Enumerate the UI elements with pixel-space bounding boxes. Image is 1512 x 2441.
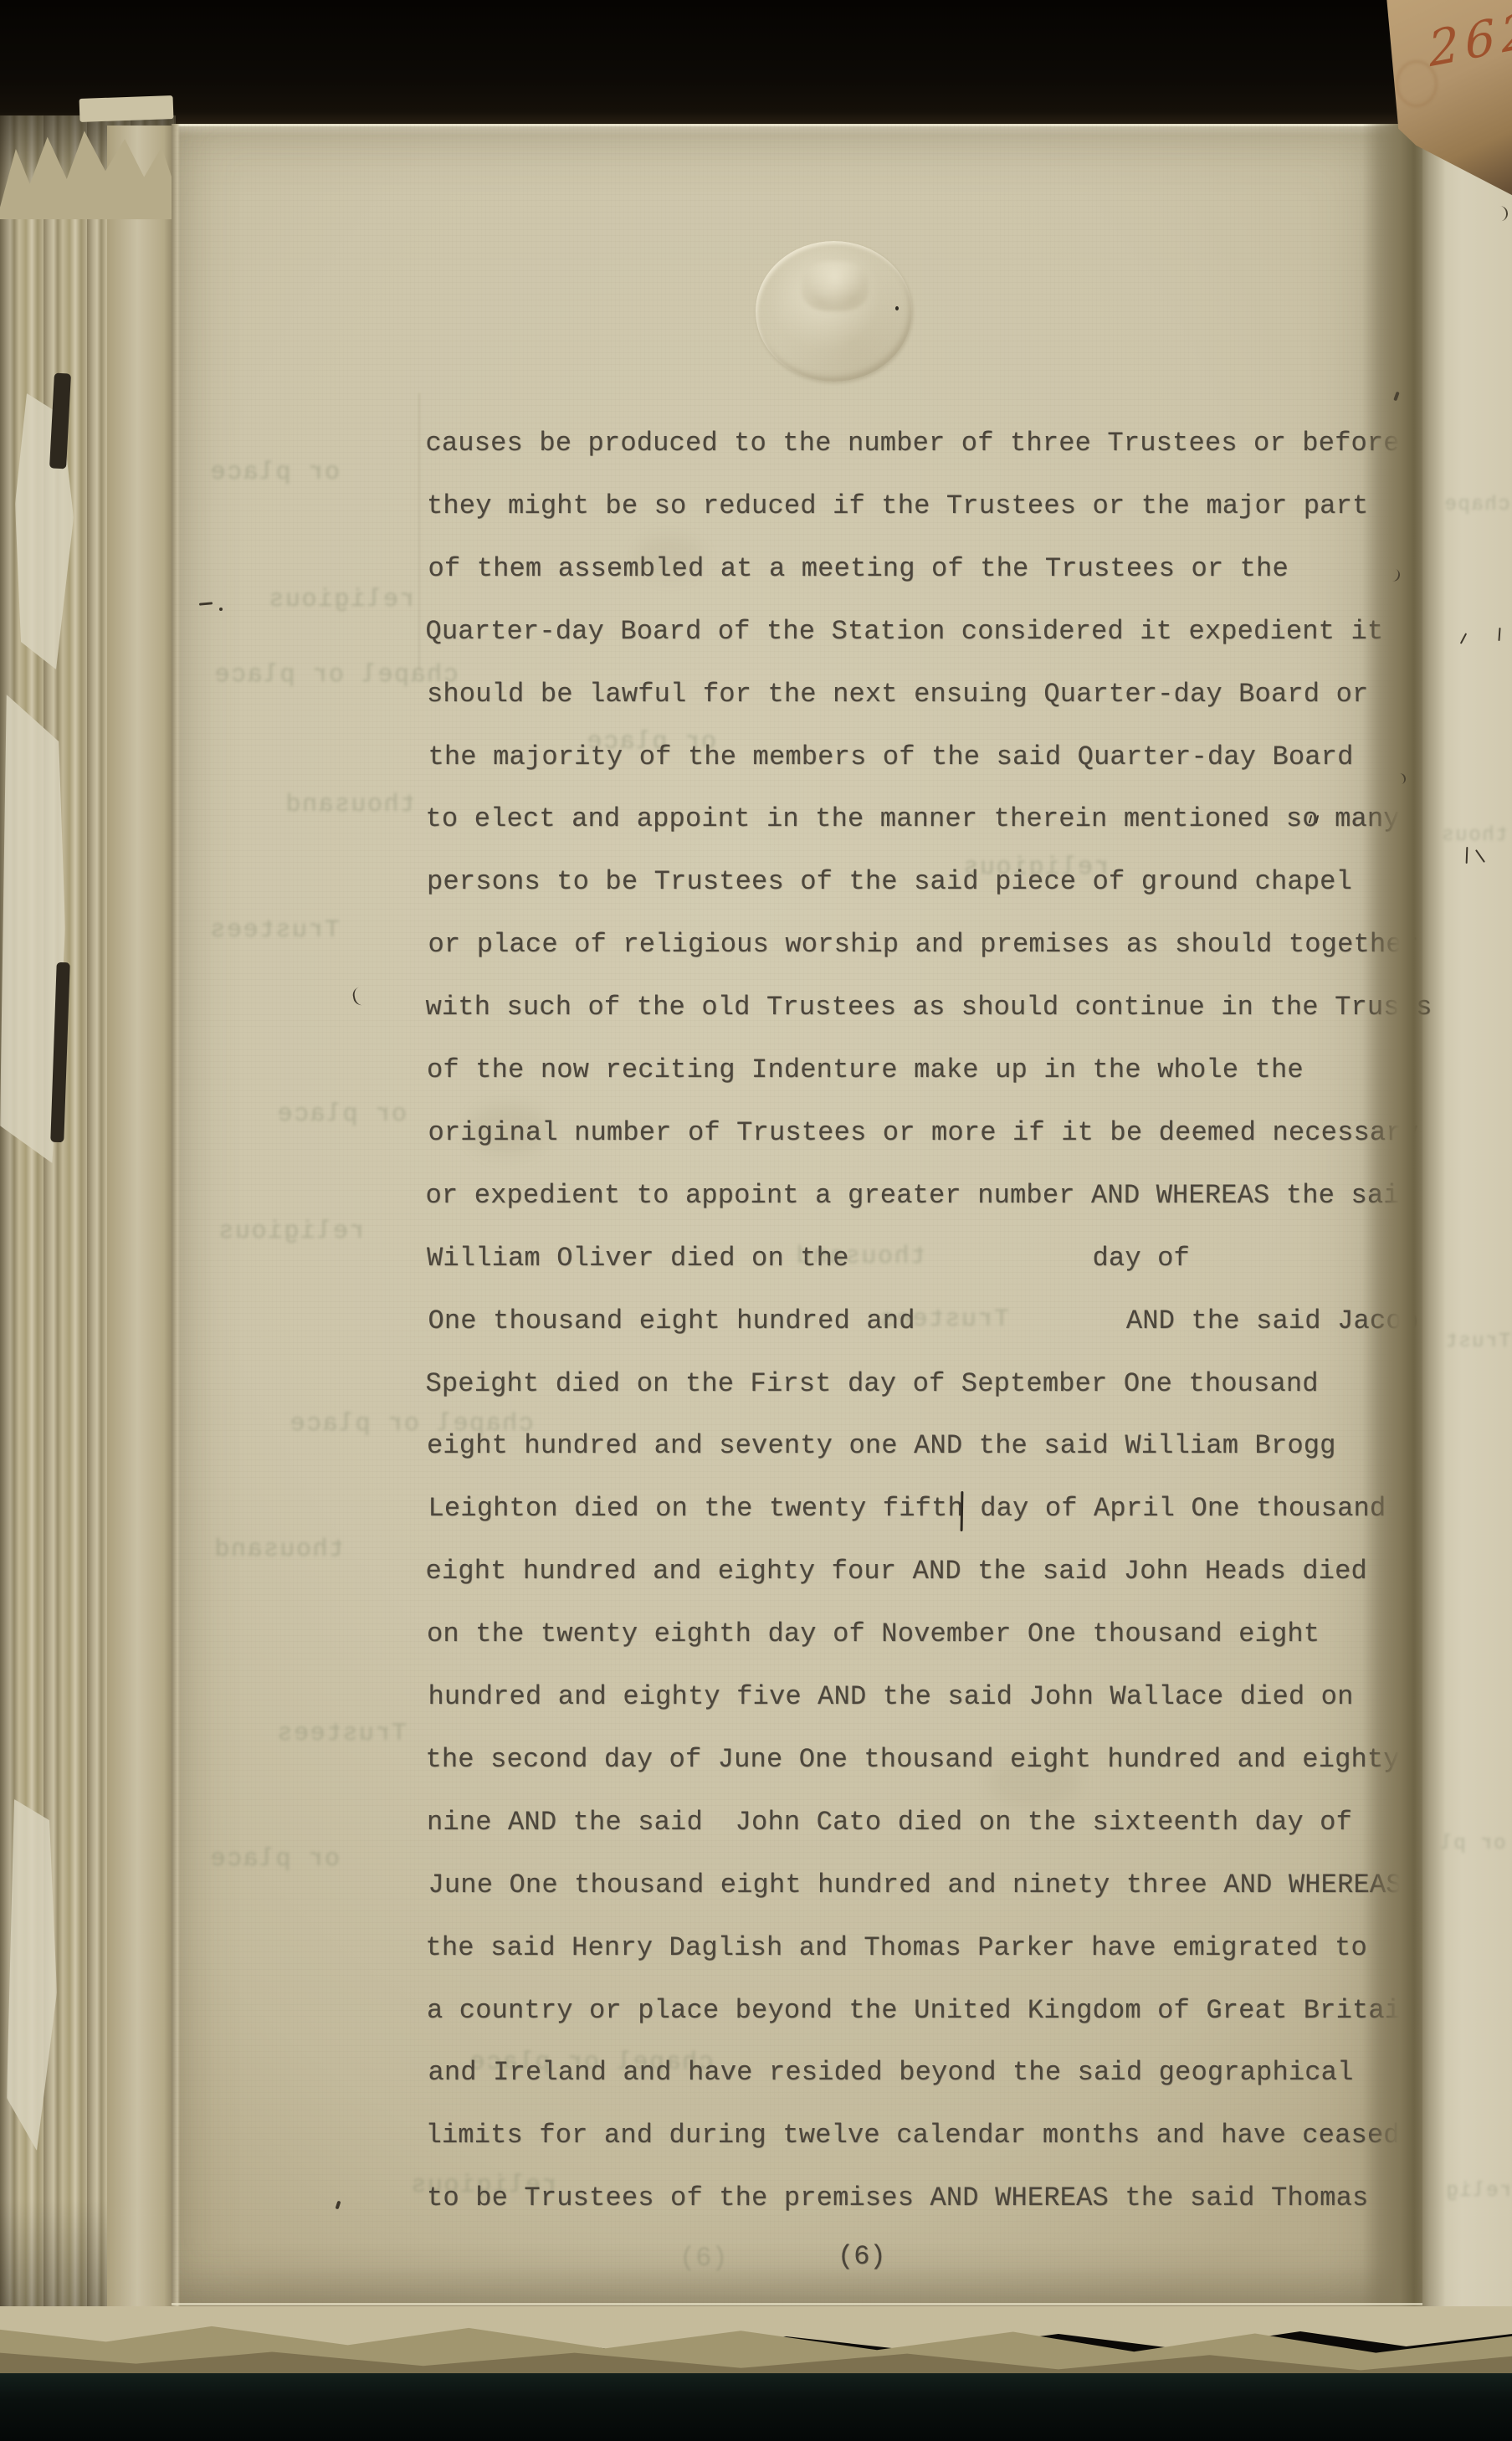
document-line: June One thousand eight hundred and nine…	[428, 1869, 1402, 1903]
document-line: Speight died on the First day of Septemb…	[426, 1368, 1319, 1402]
document-line: hundred and eighty five AND the said Joh…	[428, 1681, 1354, 1715]
seal-crown-motif	[802, 261, 869, 311]
document-line: the said Henry Daglish and Thomas Parker…	[426, 1932, 1367, 1966]
document-line: they might be so reduced if the Trustees…	[427, 490, 1368, 524]
document-line: a country or place beyond the United Kin…	[427, 1995, 1417, 2028]
bleed-through-fragment: relig	[1445, 2180, 1512, 2203]
background-bottom	[0, 2373, 1512, 2441]
document-line: or expedient to appoint a greater number…	[426, 1180, 1417, 1213]
bleed-through-fragment: chapel or place	[213, 661, 459, 690]
document-line: eight hundred and eighty four AND the sa…	[426, 1556, 1367, 1589]
document-line: to be Trustees of the premises AND WHERE…	[427, 2182, 1368, 2216]
next-page-edge	[1421, 134, 1512, 2315]
background-top	[0, 0, 1512, 127]
document-line: of the now reciting Indenture make up in…	[427, 1054, 1304, 1088]
document-line: should be lawful for the next ensuing Qu…	[427, 679, 1368, 712]
paper-crease	[418, 393, 420, 669]
book-page-edges-inner	[107, 126, 174, 2335]
document-line: on the twenty eighth day of November One…	[427, 1618, 1320, 1652]
bleed-through-fragment: thousand	[284, 791, 415, 819]
document-line: causes be produced to the number of thre…	[426, 428, 1400, 461]
document-line: the majority of the members of the said …	[428, 741, 1354, 775]
scanned-book-photo: or placereligiouschapel or placethousand…	[0, 0, 1512, 2441]
document-line: William Oliver died on the day of	[427, 1243, 1190, 1276]
document-line: or place of religious worship and premis…	[428, 929, 1419, 962]
ink-speck	[895, 306, 899, 310]
document-line: Quarter-day Board of the Station conside…	[426, 616, 1384, 649]
bleed-through-fragment: religious	[218, 1218, 365, 1246]
document-line: limits for and during twelve calendar mo…	[426, 2120, 1400, 2153]
document-line: to elect and appoint in the manner there…	[426, 803, 1400, 837]
page-number: (6)	[838, 2241, 886, 2272]
document-line: the second day of June One thousand eigh…	[426, 1744, 1400, 1777]
bleed-through-fragment: or place	[209, 1845, 340, 1874]
document-line: with such of the old Trustees as should …	[426, 992, 1433, 1025]
bleed-through-fragment: or place	[209, 459, 340, 487]
bleed-through-fragment: religious	[268, 586, 415, 614]
bleed-through-fragment: Trustees	[276, 1720, 407, 1748]
document-line: persons to be Trustees of the said piece…	[427, 866, 1352, 900]
bleed-through-fragment: or place	[276, 1100, 407, 1129]
bleed-through-fragment: thousand	[213, 1536, 344, 1564]
document-line: original number of Trustees or more if i…	[428, 1117, 1419, 1151]
document-line: of them assembled at a meeting of the Tr…	[428, 553, 1289, 587]
page-number-ghost: (6)	[679, 2243, 728, 2274]
document-line: nine AND the said John Cato died on the …	[427, 1807, 1352, 1840]
bleed-through-fragment: chape	[1443, 494, 1510, 516]
bleed-through-fragment: Trust	[1444, 1331, 1511, 1353]
bleed-through-fragment: Trustees	[209, 916, 340, 945]
bleed-through-fragment: or pl	[1439, 1833, 1506, 1855]
document-line: eight hundred and seventy one AND the sa…	[427, 1430, 1336, 1464]
document-line: Leighton died on the twenty fifth day of…	[428, 1493, 1386, 1526]
page-left-edge	[172, 124, 180, 2310]
pen-mark	[219, 608, 223, 611]
document-line: and Ireland and have resided beyond the …	[428, 2057, 1354, 2090]
bleed-through-fragment: thous	[1441, 824, 1508, 847]
page-bottom-edge	[172, 2303, 1422, 2305]
document-line: One thousand eight hundred and AND the s…	[428, 1305, 1419, 1339]
protruding-page-edge	[79, 95, 174, 122]
